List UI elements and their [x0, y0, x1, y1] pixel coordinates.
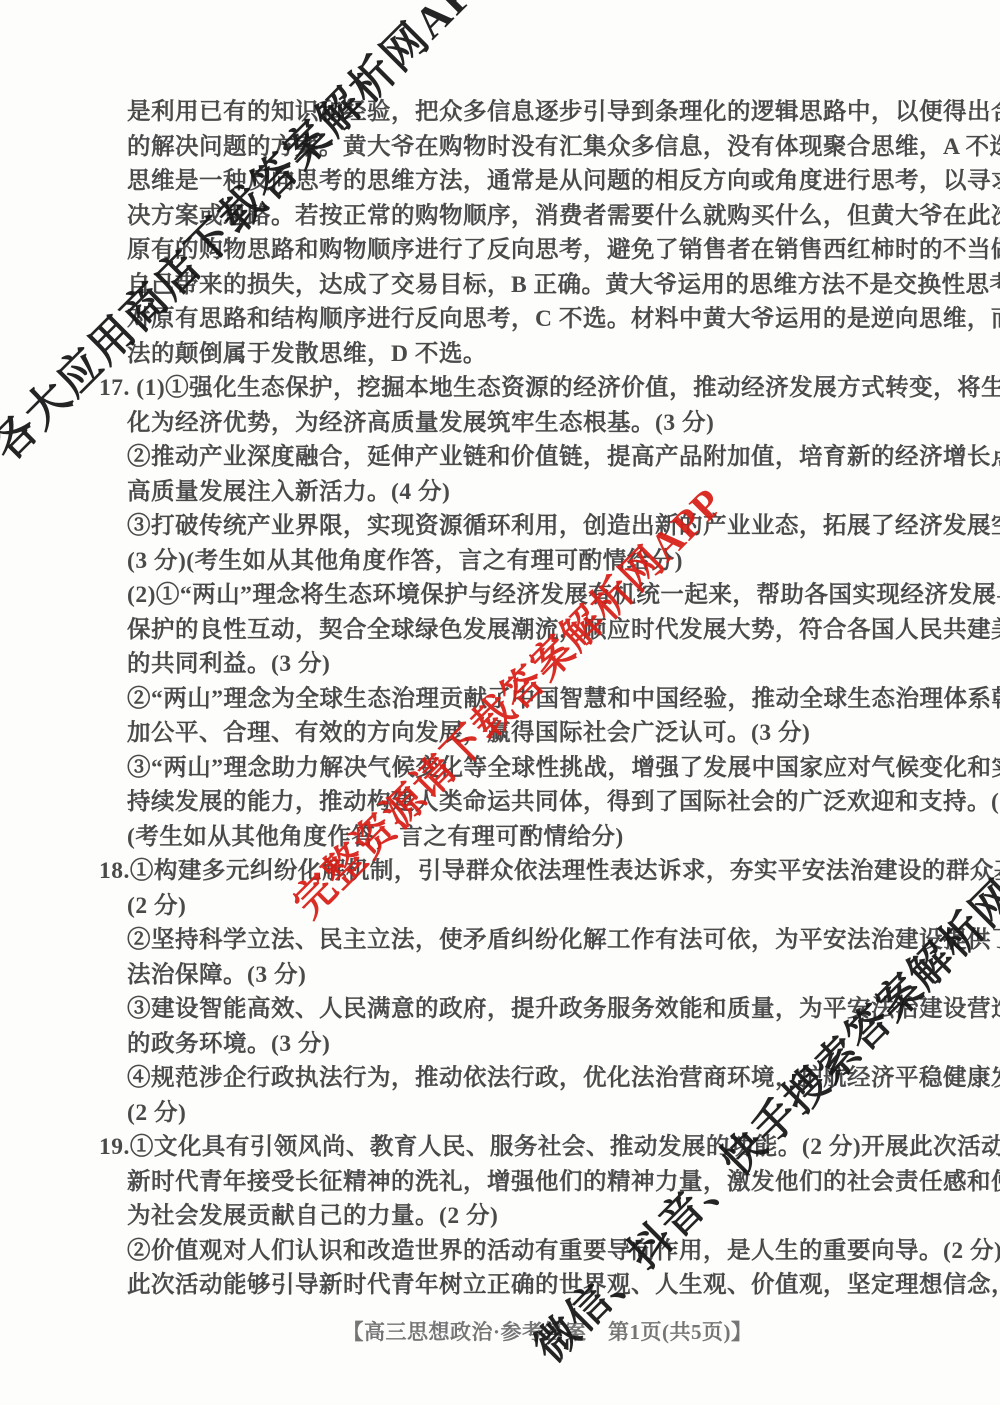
- text-line: ③“两山”理念助力解决气候变化等全球性挑战，增强了发展中国家应对气候变化和实现可: [0, 751, 1000, 786]
- text-line: (2 分): [0, 1096, 1000, 1131]
- text-line: 高质量发展注入新活力。(4 分): [0, 475, 1000, 510]
- page-footer: 【高三思想政治·参考答案 第1页(共5页)】: [95, 1316, 1000, 1346]
- text-line: ②“两山”理念为全球生态治理贡献了中国智慧和中国经验，推动全球生态治理体系朝着更: [0, 682, 1000, 717]
- text-line: 18.①构建多元纠纷化解机制，引导群众依法理性表达诉求，夯实平安法治建设的群众基…: [0, 854, 1000, 889]
- text-line: (2)①“两山”理念将生态环境保护与经济发展有机统一起来，帮助各国实现经济发展与…: [0, 578, 1000, 613]
- text-line: ②推动产业深度融合，延伸产业链和价值链，提高产品附加值，培育新的经济增长点，为经…: [0, 440, 1000, 475]
- text-line: 新时代青年接受长征精神的洗礼，增强他们的精神力量，激发他们的社会责任感和使命感，: [0, 1165, 1000, 1200]
- scanned-answer-page: 是利用已有的知识和经验，把众多信息逐步引导到条理化的逻辑思路中，以便得出合乎逻辑…: [0, 0, 1000, 1405]
- text-line: 保护的良性互动，契合全球绿色发展潮流，顺应时代发展大势，符合各国人民共建美丽世界: [0, 613, 1000, 648]
- text-line: 决方案或思路。若按正常的购物顺序，消费者需要什么就购买什么，但黄大爷在此次购物中…: [0, 199, 1000, 234]
- text-line: 的共同利益。(3 分): [0, 647, 1000, 682]
- text-line: 法的颠倒属于发散思维，D 不选。: [0, 337, 1000, 372]
- text-line: ④规范涉企行政执法行为，推动依法行政，优化法治营商环境，护航经济平稳健康发展。: [0, 1061, 1000, 1096]
- text-line: (考生如从其他角度作答，言之有理可酌情给分): [0, 820, 1000, 855]
- answer-text-block: 是利用已有的知识和经验，把众多信息逐步引导到条理化的逻辑思路中，以便得出合乎逻辑…: [0, 95, 1000, 1303]
- text-line: 法治保障。(3 分): [0, 958, 1000, 993]
- text-line: 17. (1)①强化生态保护，挖掘本地生态资源的经济价值，推动经济发展方式转变，…: [0, 371, 1000, 406]
- text-line: ②坚持科学立法、民主立法，使矛盾纠纷化解工作有法可依，为平安法治建设提供了有力的: [0, 923, 1000, 958]
- text-line: (2 分): [0, 889, 1000, 924]
- text-line: (3 分)(考生如从其他角度作答，言之有理可酌情给分): [0, 544, 1000, 579]
- text-line: 此次活动能够引导新时代青年树立正确的世界观、人生观、价值观，坚定理想信念，自觉致…: [0, 1268, 1000, 1303]
- text-line: ③打破传统产业界限，实现资源循环利用，创造出新的产业业态，拓展了经济发展空间。: [0, 509, 1000, 544]
- text-line: ②价值观对人们认识和改造世界的活动有重要导向作用，是人生的重要向导。(2 分)开…: [0, 1234, 1000, 1269]
- text-line: 对原有思路和结构顺序进行反向思考，C 不选。材料中黄大爷运用的是逆向思维，而检核…: [0, 302, 1000, 337]
- text-line: 的解决问题的方案。黄大爷在购物时没有汇集众多信息，没有体现聚合思维，A 不选。逆…: [0, 130, 1000, 165]
- text-line: 19.①文化具有引领风尚、教育人民、服务社会、推动发展的功能。(2 分)开展此次…: [0, 1130, 1000, 1165]
- text-line: 原有的购物思路和购物顺序进行了反向思考，避免了销售者在销售西红柿时的不当做法给: [0, 233, 1000, 268]
- text-line: 持续发展的能力，推动构建人类命运共同体，得到了国际社会的广泛欢迎和支持。(3 分…: [0, 785, 1000, 820]
- text-line: 化为经济优势，为经济高质量发展筑牢生态根基。(3 分): [0, 406, 1000, 441]
- text-line: 是利用已有的知识和经验，把众多信息逐步引导到条理化的逻辑思路中，以便得出合乎逻辑: [0, 95, 1000, 130]
- text-line: 为社会发展贡献自己的力量。(2 分): [0, 1199, 1000, 1234]
- text-line: 自己带来的损失，达成了交易目标，B 正确。黄大爷运用的思维方法不是交换性思考，而…: [0, 268, 1000, 303]
- text-line: 加公平、合理、有效的方向发展，赢得国际社会广泛认可。(3 分): [0, 716, 1000, 751]
- text-line: ③建设智能高效、人民满意的政府，提升政务服务效能和质量，为平安法治建设营造了良好: [0, 992, 1000, 1027]
- text-line: 思维是一种反向思考的思维方法，通常是从问题的相反方向或角度进行思考，以寻求新的解: [0, 164, 1000, 199]
- text-line: 的政务环境。(3 分): [0, 1027, 1000, 1062]
